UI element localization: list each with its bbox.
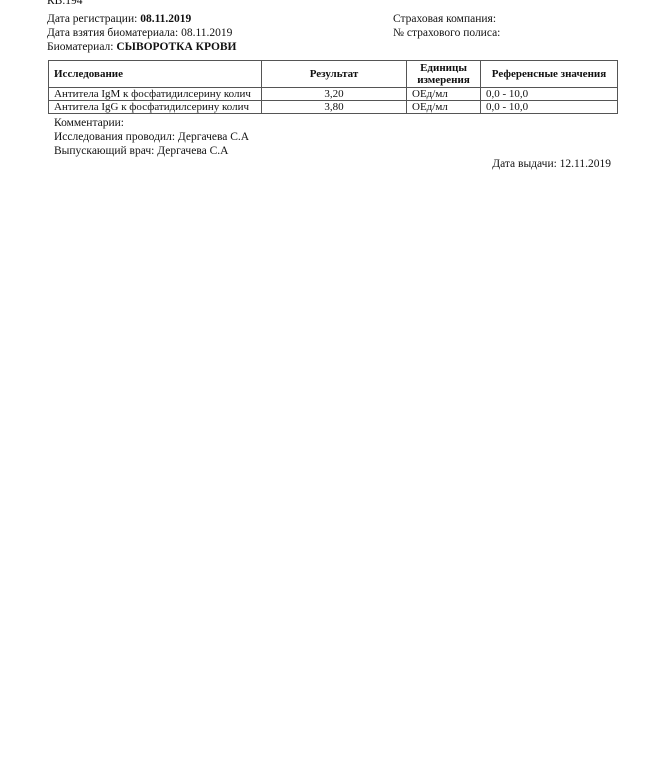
comments-label: Комментарии: — [54, 117, 124, 130]
issuing-doctor: Выпускающий врач: Дергачева С.А — [54, 145, 228, 158]
cell-units: ОЕд/мл — [407, 88, 481, 101]
table-row: Антитела IgM к фосфатидилсерину колич 3,… — [49, 88, 618, 101]
cell-test: Антитела IgM к фосфатидилсерину колич — [49, 88, 262, 101]
biomaterial-value: СЫВОРОТКА КРОВИ — [116, 41, 236, 53]
cell-units: ОЕд/мл — [407, 101, 481, 114]
cell-reference: 0,0 - 10,0 — [481, 88, 618, 101]
registration-date-label: Дата регистрации: — [47, 13, 140, 25]
table-header-row: Исследование Результат Единицы измерения… — [49, 61, 618, 88]
cell-test: Антитела IgG к фосфатидилсерину колич — [49, 101, 262, 114]
biomaterial-label: Биоматериал: — [47, 41, 116, 53]
column-header-reference: Референсные значения — [481, 61, 618, 88]
cell-result: 3,80 — [262, 101, 407, 114]
biomaterial-line: Биоматериал: СЫВОРОТКА КРОВИ — [47, 41, 237, 54]
sampling-date-label: Дата взятия биоматериала: — [47, 27, 181, 39]
column-header-units: Единицы измерения — [407, 61, 481, 88]
cell-result: 3,20 — [262, 88, 407, 101]
cell-reference: 0,0 - 10,0 — [481, 101, 618, 114]
column-header-units-line2: измерения — [412, 74, 475, 86]
registration-date-line: Дата регистрации: 08.11.2019 — [47, 13, 191, 26]
sampling-date-line: Дата взятия биоматериала: 08.11.2019 — [47, 27, 232, 40]
document-code: КВ.194 — [47, 0, 82, 8]
table-row: Антитела IgG к фосфатидилсерину колич 3,… — [49, 101, 618, 114]
registration-date-value: 08.11.2019 — [140, 13, 191, 25]
results-table: Исследование Результат Единицы измерения… — [48, 60, 618, 114]
issue-date: Дата выдачи: 12.11.2019 — [492, 158, 611, 171]
column-header-units-line1: Единицы — [412, 62, 475, 74]
insurance-company-label: Страховая компания: — [393, 13, 496, 26]
sampling-date-value: 08.11.2019 — [181, 27, 232, 39]
column-header-test: Исследование — [49, 61, 262, 88]
insurance-policy-label: № страхового полиса: — [393, 27, 500, 40]
performed-by: Исследования проводил: Дергачева С.А — [54, 131, 249, 144]
column-header-result: Результат — [262, 61, 407, 88]
